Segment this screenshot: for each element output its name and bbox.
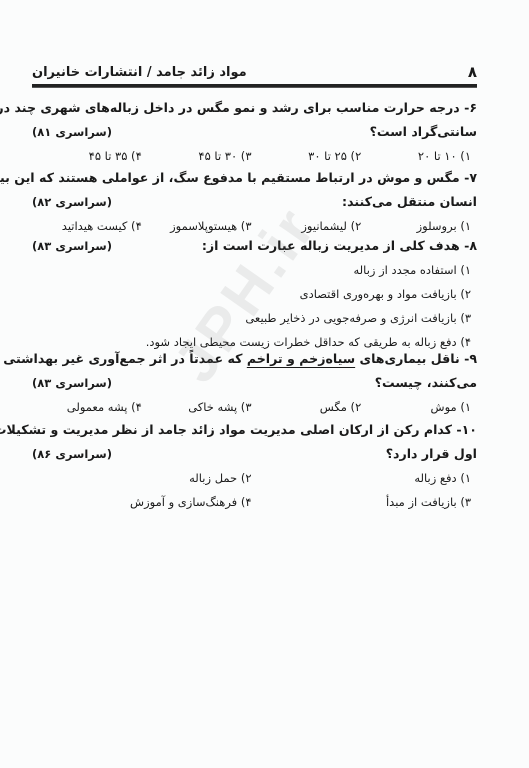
question-9: ۹- ناقل بیماری‌های سیاه‌زخم و تراخم که ع… [32, 347, 477, 419]
question-10: ۱۰- کدام رکن از ارکان اصلی مدیریت مواد ز… [32, 418, 477, 514]
question-text: ۱۰- کدام رکن از ارکان اصلی مدیریت مواد ز… [32, 418, 477, 442]
underlined-term: سیاه‌زخم و تراخم [247, 351, 355, 366]
option-3: ۳) بازیافت انرژی و صرفه‌جویی در ذخایر طب… [32, 306, 471, 330]
question-text-continued: اول قرار دارد؟ [386, 442, 477, 466]
option-4: ۴) ۳۵ تا ۴۵ [32, 144, 142, 168]
question-text-continued: انسان منتقل می‌کنند: [342, 190, 477, 214]
header-rule [32, 84, 477, 88]
option-3: ۳) پشه خاکی [142, 395, 252, 419]
page-header: ۸ مواد زائد جامد / انتشارات خانیران [32, 62, 477, 82]
exam-source: (سراسری ۸۲) [32, 190, 112, 214]
options-row: ۳) بازیافت از مبدأ ۴) فرهنگ‌سازی و آموزش [32, 490, 477, 514]
option-4: ۴) فرهنگ‌سازی و آموزش [32, 490, 252, 514]
question-text: ۶- درجه حرارت مناسب برای رشد و نمو مگس د… [32, 96, 477, 120]
options-row: ۱) دفع زباله ۲) حمل زباله [32, 466, 477, 490]
option-2: ۲) ۲۵ تا ۳۰ [252, 144, 362, 168]
question-8: ۸- هدف کلی از مدیریت زباله عبارت است از:… [32, 234, 477, 354]
option-1: ۱) دفع زباله [252, 466, 472, 490]
exam-source: (سراسری ۸۶) [32, 442, 112, 466]
question-text-continued: می‌کنند، چیست؟ [375, 371, 477, 395]
options-row: ۱) ۱۰ تا ۲۰ ۲) ۲۵ تا ۳۰ ۳) ۳۰ تا ۴۵ ۴) ۳… [32, 144, 477, 168]
option-3: ۳) بازیافت از مبدأ [252, 490, 472, 514]
document-page: ۸ مواد زائد جامد / انتشارات خانیران ۶- د… [32, 0, 477, 768]
page-number: ۸ [468, 63, 477, 81]
option-1: ۱) استفاده مجدد از زباله [32, 258, 471, 282]
question-text: ۹- ناقل بیماری‌های سیاه‌زخم و تراخم که ع… [32, 347, 477, 371]
option-1: ۱) ۱۰ تا ۲۰ [361, 144, 471, 168]
exam-source: (سراسری ۸۳) [32, 234, 112, 258]
question-text: ۷- مگس و موش در ارتباط مستقیم با مدفوع س… [32, 166, 477, 190]
option-1: ۱) موش [361, 395, 471, 419]
option-2: ۲) مگس [252, 395, 362, 419]
question-7: ۷- مگس و موش در ارتباط مستقیم با مدفوع س… [32, 166, 477, 238]
question-text-continued: سانتی‌گراد است؟ [370, 120, 477, 144]
option-3: ۳) ۳۰ تا ۴۵ [142, 144, 252, 168]
exam-source: (سراسری ۸۳) [32, 371, 112, 395]
option-4: ۴) پشه معمولی [32, 395, 142, 419]
options-list: ۱) استفاده مجدد از زباله ۲) بازیافت مواد… [32, 258, 477, 354]
exam-source: (سراسری ۸۱) [32, 120, 112, 144]
option-2: ۲) حمل زباله [32, 466, 252, 490]
question-text: ۸- هدف کلی از مدیریت زباله عبارت است از: [202, 234, 477, 258]
running-title: مواد زائد جامد / انتشارات خانیران [32, 65, 247, 80]
question-6: ۶- درجه حرارت مناسب برای رشد و نمو مگس د… [32, 96, 477, 168]
option-2: ۲) بازیافت مواد و بهره‌وری اقتصادی [32, 282, 471, 306]
options-row: ۱) موش ۲) مگس ۳) پشه خاکی ۴) پشه معمولی [32, 395, 477, 419]
